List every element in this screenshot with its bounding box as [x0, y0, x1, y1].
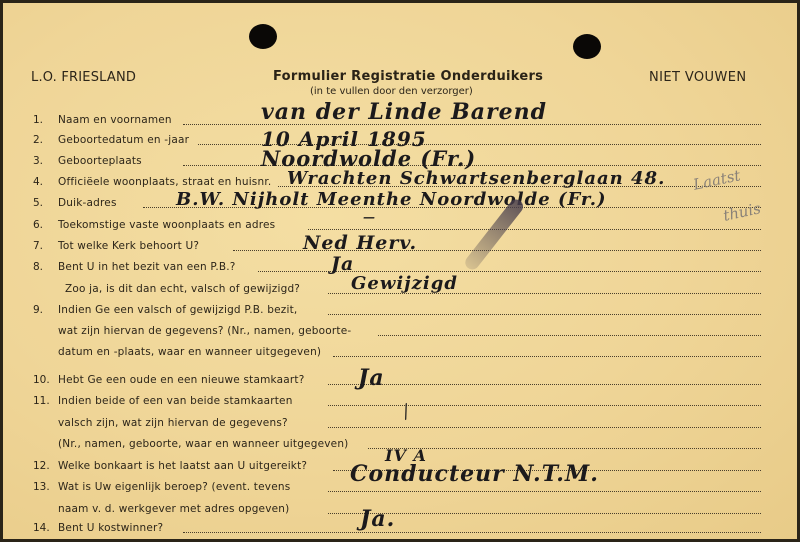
question-label: Welke bonkaart is het laatst aan U uitge…	[58, 460, 307, 472]
answer-line	[308, 229, 761, 230]
question-label: Officiëele woonplaats, straat en huisnr.	[58, 176, 271, 188]
question-label: Zoo ja, is dit dan echt, valsch of gewij…	[65, 283, 300, 295]
question-label: Tot welke Kerk behoort U?	[58, 240, 199, 252]
punch-hole-left	[249, 24, 277, 49]
question-number: 14.	[33, 522, 50, 534]
question-number: 5.	[33, 197, 43, 209]
handwritten-answer: Ned Herv.	[303, 232, 417, 254]
answer-line	[378, 335, 761, 336]
question-number: 1.	[33, 114, 43, 126]
handwritten-answer: B.W. Nijholt Meenthe Noordwolde (Fr.)	[176, 189, 607, 210]
form-title: Formulier Registratie Onderduikers	[273, 69, 543, 84]
question-label: Naam en voornamen	[58, 114, 172, 126]
question-number: 13.	[33, 481, 50, 493]
handwritten-answer: Ja.	[360, 506, 395, 532]
question-label: Indien Ge een valsch of gewijzigd P.B. b…	[58, 304, 297, 316]
question-number: 9.	[33, 304, 43, 316]
question-row: 14.Bent U kostwinner?	[3, 522, 797, 539]
question-row: datum en -plaats, waar en wanneer uitgeg…	[3, 346, 797, 366]
question-label: naam v. d. werkgever met adres opgeven)	[58, 503, 289, 515]
question-number: 8.	[33, 261, 43, 273]
handwritten-answer: Ja	[358, 365, 385, 391]
answer-line	[328, 314, 761, 315]
question-label: Toekomstige vaste woonplaats en adres	[58, 219, 275, 231]
form-subtitle: (in te vullen door den verzorger)	[310, 86, 473, 97]
do-not-fold-notice: NIET VOUWEN	[649, 70, 746, 85]
registration-card: L.O. FRIESLAND Formulier Registratie Ond…	[3, 3, 797, 539]
question-row: naam v. d. werkgever met adres opgeven)	[3, 503, 797, 523]
question-number: 12.	[33, 460, 50, 472]
question-row: valsch zijn, wat zijn hiervan de gegeven…	[3, 417, 797, 437]
question-number: 11.	[33, 395, 50, 407]
question-label: Geboorteplaats	[58, 155, 142, 167]
organisation-label: L.O. FRIESLAND	[31, 70, 136, 85]
answer-line	[333, 356, 761, 357]
question-label: Duik-adres	[58, 197, 117, 209]
question-number: 6.	[33, 219, 43, 231]
question-label: Geboortedatum en -jaar	[58, 134, 189, 146]
question-label: Indien beide of een van beide stamkaarte…	[58, 395, 293, 407]
question-number: 4.	[33, 176, 43, 188]
question-label: valsch zijn, wat zijn hiervan de gegeven…	[58, 417, 288, 429]
punch-hole-right	[573, 34, 601, 59]
question-label: Bent U in het bezit van een P.B.?	[58, 261, 236, 273]
question-number: 7.	[33, 240, 43, 252]
question-label: (Nr., namen, geboorte, waar en wanneer u…	[58, 438, 348, 450]
question-label: Bent U kostwinner?	[58, 522, 163, 534]
question-number: 3.	[33, 155, 43, 167]
question-label: Hebt Ge een oude en een nieuwe stamkaart…	[58, 374, 305, 386]
question-number: 10.	[33, 374, 50, 386]
question-label: datum en -plaats, waar en wanneer uitgeg…	[58, 346, 321, 358]
answer-line	[183, 532, 761, 533]
handwritten-answer: Conducteur N.T.M.	[350, 461, 599, 487]
question-label: Wat is Uw eigenlijk beroep? (event. teve…	[58, 481, 290, 493]
question-row: wat zijn hiervan de gegevens? (Nr., name…	[3, 325, 797, 345]
handwritten-answer: —	[363, 210, 376, 224]
question-row: 9.Indien Ge een valsch of gewijzigd P.B.…	[3, 304, 797, 324]
handwritten-answer: Ja	[331, 253, 354, 275]
handwritten-answer: van der Linde Barend	[261, 99, 547, 125]
answer-line	[328, 384, 761, 385]
question-row: 10.Hebt Ge een oude en een nieuwe stamka…	[3, 374, 797, 394]
question-number: 2.	[33, 134, 43, 146]
answer-line	[328, 427, 761, 428]
handwritten-answer: Gewijzigd	[351, 273, 458, 294]
answer-line	[328, 405, 761, 406]
question-label: wat zijn hiervan de gegevens? (Nr., name…	[58, 325, 351, 337]
answer-line	[328, 491, 761, 492]
handwritten-answer: Wrachten Schwartsenberglaan 48.	[287, 168, 665, 189]
